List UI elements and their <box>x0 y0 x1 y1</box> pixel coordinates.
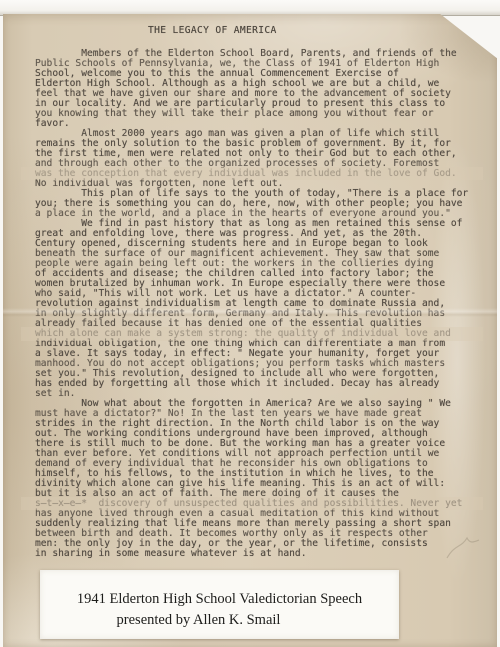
caption-line1: 1941 Elderton High School Valedictorian … <box>40 589 399 610</box>
text-line: must have a dictator?" No! In the last t… <box>35 409 480 419</box>
speech-page: THE LEGACY OF AMERICA Members of the Eld… <box>3 14 497 647</box>
text-line: people were again being left out: the wo… <box>35 259 480 269</box>
scanned-photo: THE LEGACY OF AMERICA Members of the Eld… <box>0 0 500 647</box>
text-line: No individual was forgotten, none left o… <box>35 179 480 189</box>
document-body: Members of the Elderton School Board, Pa… <box>35 49 480 559</box>
text-line: you knowing that they will take their pl… <box>35 109 480 119</box>
pencil-scribble <box>443 534 483 564</box>
caption-label: 1941 Elderton High School Valedictorian … <box>40 570 399 639</box>
text-line: who said, "This will not work. Let us ha… <box>35 289 480 299</box>
scan-backdrop <box>0 0 500 16</box>
document-title: THE LEGACY OF AMERICA <box>148 25 277 36</box>
text-line: between birth and death. It becomes wort… <box>35 529 480 539</box>
text-line: has anyone lived through even a casual m… <box>35 509 480 519</box>
text-line: Almost 2000 years ago man was given a pl… <box>35 129 480 139</box>
caption-line2: presented by Allen K. Smail <box>19 610 378 631</box>
text-line: has ended by forgetting all those which … <box>35 379 480 389</box>
text-line: feel that we have given our share and mo… <box>35 89 480 99</box>
text-line: set you." This revolution, designed to i… <box>35 369 480 379</box>
text-line: demand of every individual that he recon… <box>35 459 480 469</box>
text-line: which alone can make a system strong: th… <box>35 329 480 339</box>
text-line: in sharing in some measure whatever is a… <box>35 549 480 559</box>
text-line: a place in the world, and a place in the… <box>35 209 480 219</box>
text-line: Public Schools of Pennsylvania, we, the … <box>35 59 480 69</box>
text-line: set in. <box>35 389 480 399</box>
